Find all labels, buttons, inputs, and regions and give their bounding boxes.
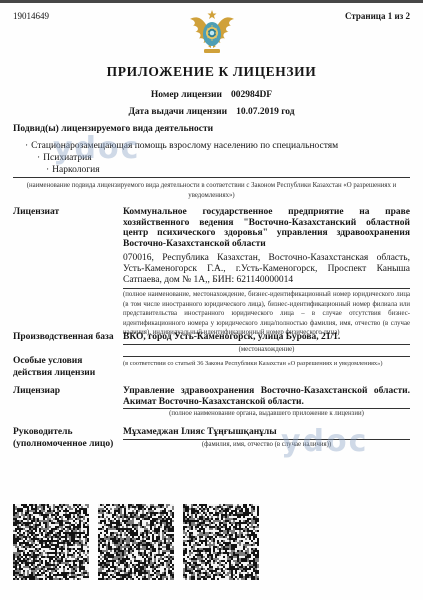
barcode-2 — [98, 504, 174, 580]
license-number-value: 002984DF — [231, 90, 272, 100]
page-title: ПРИЛОЖЕНИЕ К ЛИЦЕНЗИИ — [0, 64, 423, 80]
licensee-address: 070016, Республика Казахстан, Восточно-К… — [123, 253, 410, 285]
top-border — [0, 0, 423, 3]
subtypes-footnote: (наименование подвида лицензируемого вид… — [16, 181, 407, 200]
issue-date-line: Дата выдачи лицензии10.07.2019 год — [0, 107, 423, 117]
licensee-section: Лицензиат Коммунальное государственное п… — [13, 207, 410, 338]
special-conditions-label: Особые условия действия лицензии — [13, 356, 123, 379]
special-conditions-footnote: (в соответствии со статьей 36 Закона Рес… — [123, 356, 410, 369]
issue-date-value: 10.07.2019 год — [236, 107, 294, 117]
subtypes-heading: Подвид(ы) лицензируемого вида деятельнос… — [13, 124, 213, 134]
divider — [13, 177, 410, 178]
barcode-row — [13, 504, 259, 580]
licensee-footnote: (полное наименование, местонахождение, б… — [123, 288, 410, 338]
license-appendix-page: 19014649 Страница 1 из 2 ПРИЛОЖЕНИЕ К ЛИ… — [0, 0, 423, 600]
kazakhstan-emblem-icon — [185, 9, 239, 59]
licensor-value: Управление здравоохранения Восточно-Каза… — [123, 386, 410, 409]
head-footnote: (фамилия, имя, отчество (в случае наличи… — [123, 440, 410, 450]
subtype-item: Психиатрия — [37, 153, 92, 163]
issue-date-label: Дата выдачи лицензии — [128, 107, 227, 117]
licensee-label: Лицензиат — [13, 207, 123, 219]
production-base-label: Производственная база — [13, 332, 123, 344]
license-number-line: Номер лицензии002984DF — [0, 90, 423, 100]
license-number-label: Номер лицензии — [151, 90, 222, 100]
production-base-footnote: (местонахождение) — [123, 345, 410, 355]
licensee-name: Коммунальное государственное предприятие… — [123, 207, 410, 249]
head-section: Руководитель (уполномоченное лицо) Мұхам… — [13, 427, 410, 450]
document-number: 19014649 — [13, 11, 49, 21]
head-label: Руководитель (уполномоченное лицо) — [13, 427, 123, 450]
licensor-footnote: (полное наименование органа, выдавшего п… — [123, 409, 410, 419]
subtype-item: Наркология — [46, 165, 100, 175]
subtype-item: Стационарозамещающая помощь взрослому на… — [25, 141, 338, 151]
licensor-section: Лицензиар Управление здравоохранения Вос… — [13, 386, 410, 419]
barcode-3 — [183, 504, 259, 580]
production-base-section: Производственная база ВКО, город Усть-Ка… — [13, 332, 410, 354]
special-conditions-section: Особые условия действия лицензии (в соот… — [13, 356, 410, 379]
production-base-value: ВКО, город Усть-Каменогорск, улица Буров… — [123, 332, 410, 345]
page-indicator: Страница 1 из 2 — [345, 11, 410, 21]
barcode-1 — [13, 504, 89, 580]
licensor-label: Лицензиар — [13, 386, 123, 398]
head-name: Мұхамеджан Ілияс Тұңғышқанұлы — [123, 427, 410, 440]
